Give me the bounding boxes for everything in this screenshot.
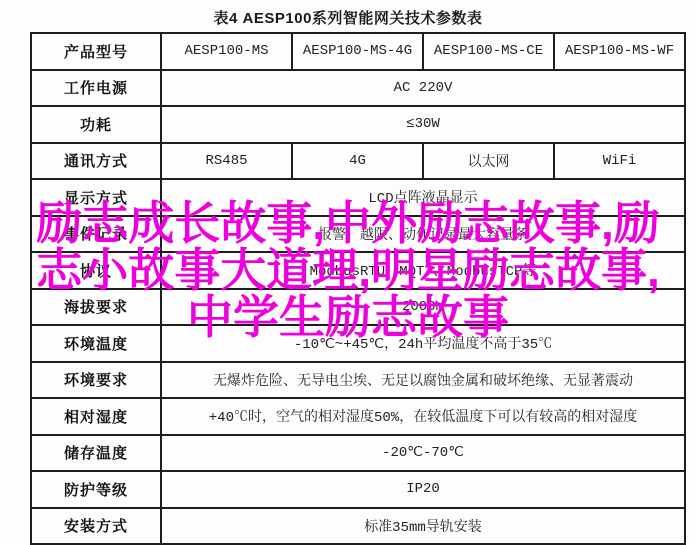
table-row: 环境要求 无爆炸危险、无导电尘埃、无足以腐蚀金属和破坏绝缘、无显著震动: [31, 362, 685, 399]
table-row: 相对湿度 +40℃时，空气的相对湿度50%，在较低温度下可以有较高的相对湿度: [31, 398, 685, 435]
table-row: 海拔要求 2000m: [31, 289, 685, 326]
table-row: 显示方式 LCD点阵液晶显示: [31, 179, 685, 216]
spec-label: 防护等级: [31, 471, 161, 508]
table-row: 功耗 ≤30W: [31, 106, 685, 143]
table-row: 通讯方式 RS485 4G 以太网 WiFi: [31, 143, 685, 180]
spec-label: 事件记录: [31, 216, 161, 253]
spec-value: ≤30W: [161, 106, 685, 143]
spec-label: 环境温度: [31, 325, 161, 362]
table-row: 产品型号 AESP100-MS AESP100-MS-4G AESP100-MS…: [31, 33, 685, 70]
table-row: 工作电源 AC 220V: [31, 70, 685, 107]
spec-value: 2000m: [161, 289, 685, 326]
spec-label: 相对湿度: [31, 398, 161, 435]
spec-value: AC 220V: [161, 70, 685, 107]
spec-value: IP20: [161, 471, 685, 508]
table-row: 事件记录 报警、越限、动作记录最大容量条: [31, 216, 685, 253]
table-row: 安装方式 标准35mm导轨安装: [31, 508, 685, 545]
spec-value: AESP100-MS-WF: [554, 33, 685, 70]
spec-label: 海拔要求: [31, 289, 161, 326]
spec-label: 显示方式: [31, 179, 161, 216]
spec-value: +40℃时，空气的相对湿度50%，在较低温度下可以有较高的相对湿度: [161, 398, 685, 435]
spec-label: 协议: [31, 252, 161, 289]
table-row: 防护等级 IP20: [31, 471, 685, 508]
table-row: 协议 ModbusRTU、MQTT、ModbusTCP等: [31, 252, 685, 289]
page-title: 表4 AESP100系列智能网关技术参数表: [0, 0, 696, 28]
spec-value: -20℃-70℃: [161, 435, 685, 472]
spec-label: 环境要求: [31, 362, 161, 399]
spec-label: 功耗: [31, 106, 161, 143]
spec-value: 4G: [292, 143, 423, 180]
spec-value: 无爆炸危险、无导电尘埃、无足以腐蚀金属和破坏绝缘、无显著震动: [161, 362, 685, 399]
spec-label: 工作电源: [31, 70, 161, 107]
spec-value: ModbusRTU、MQTT、ModbusTCP等: [161, 252, 685, 289]
spec-table: 产品型号 AESP100-MS AESP100-MS-4G AESP100-MS…: [30, 32, 686, 545]
spec-value: -10℃~+45℃，24h平均温度不高于35℃: [161, 325, 685, 362]
spec-value: AESP100-MS-4G: [292, 33, 423, 70]
spec-label: 通讯方式: [31, 143, 161, 180]
spec-label: 安装方式: [31, 508, 161, 545]
spec-value: AESP100-MS-CE: [423, 33, 554, 70]
table-row: 储存温度 -20℃-70℃: [31, 435, 685, 472]
spec-value: WiFi: [554, 143, 685, 180]
spec-label: 储存温度: [31, 435, 161, 472]
spec-value: 报警、越限、动作记录最大容量条: [161, 216, 685, 253]
spec-value: RS485: [161, 143, 292, 180]
spec-label: 产品型号: [31, 33, 161, 70]
spec-value: LCD点阵液晶显示: [161, 179, 685, 216]
spec-value: AESP100-MS: [161, 33, 292, 70]
spec-value: 以太网: [423, 143, 554, 180]
spec-value: 标准35mm导轨安装: [161, 508, 685, 545]
table-row: 环境温度 -10℃~+45℃，24h平均温度不高于35℃: [31, 325, 685, 362]
